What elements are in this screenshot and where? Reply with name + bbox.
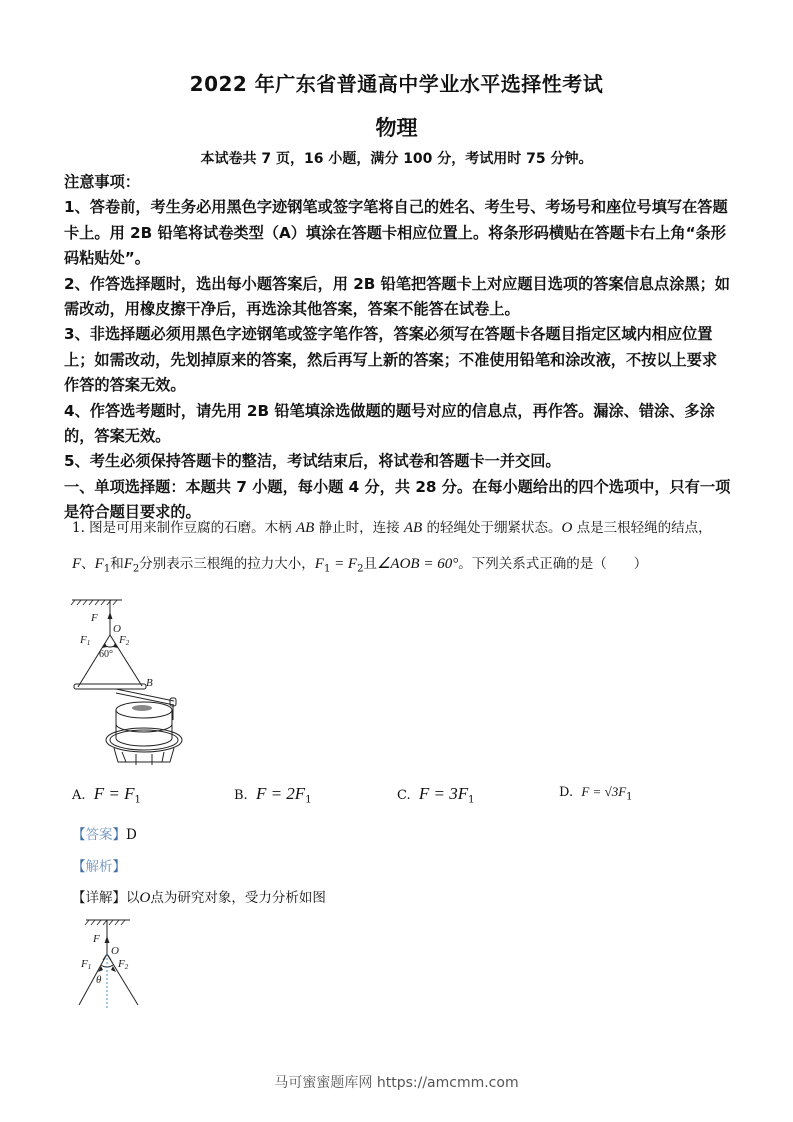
text: 静止时，连接: [314, 520, 404, 536]
instructions: 注意事项： 1、答卷前，考生务必用黑色字迹钢笔或签字笔将自己的姓名、考生号、考场…: [64, 170, 732, 526]
text: 的轻绳处于绷紧状态。: [422, 520, 561, 536]
var-f: F: [72, 556, 81, 572]
force-analysis-figure: F O F1 F2 θ: [66, 910, 166, 1010]
option-label: D.: [559, 785, 573, 800]
eq-f2: = F: [330, 556, 357, 572]
bracket-close: 】: [113, 890, 127, 906]
text: 和: [110, 556, 124, 572]
bracket-open: 【: [72, 859, 86, 875]
exam-info: 本试卷共 7 页，16 小题，满分 100 分，考试用时 75 分钟。: [0, 148, 793, 168]
text: 1. 图是可用来制作豆腐的石磨。木柄: [72, 520, 296, 536]
option-a[interactable]: A. F = F1: [72, 784, 141, 806]
svg-text:F1: F1: [80, 958, 91, 971]
var-f1: F: [95, 556, 104, 572]
var-o: O: [140, 890, 151, 906]
detail-tag: 详解: [86, 890, 113, 906]
text: 且: [363, 556, 377, 572]
instruction-item-1: 1、答卷前，考生务必用黑色字迹钢笔或签字笔将自己的姓名、考生号、考场号和座位号填…: [64, 195, 732, 271]
question-1-line-1: 1. 图是可用来制作豆腐的石磨。木柄 AB 静止时，连接 AB 的轻绳处于绷紧状…: [72, 518, 732, 538]
text: 。下列关系式正确的是（ ）: [458, 556, 647, 572]
exam-title: 2022 年广东省普通高中学业水平选择性考试: [0, 68, 793, 97]
bracket-close: 】: [113, 827, 127, 843]
text: 点是三根轻绳的结点，: [572, 520, 711, 536]
answer-tag: 答案: [86, 827, 113, 843]
instruction-item-4: 4、作答选考题时，请先用 2B 铅笔填涂选做题的题号对应的信息点，再作答。漏涂、…: [64, 399, 732, 450]
subscript: 1: [305, 795, 311, 806]
var-ab: AB: [404, 520, 422, 536]
svg-text:B: B: [146, 677, 153, 689]
stone-mill-figure: F O F1 F2 B 60°: [66, 590, 186, 770]
angle-expression: ∠AOB = 60°: [377, 556, 458, 572]
exam-page: 2022 年广东省普通高中学业水平选择性考试 物理 本试卷共 7 页，16 小题…: [0, 0, 793, 1122]
theta-label: θ: [96, 974, 102, 986]
answer-line: 【答案】D: [72, 823, 137, 843]
analysis-tag: 解析: [86, 859, 113, 875]
answer-value: D: [126, 827, 137, 843]
svg-text:60°: 60°: [99, 649, 113, 660]
option-expression: F = √3F: [581, 784, 626, 799]
question-1-line-2: F、F1和F2分别表示三根绳的拉力大小，F1 = F2且∠AOB = 60°。下…: [72, 554, 732, 580]
option-c[interactable]: C. F = 3F1: [397, 784, 475, 806]
instruction-item-2: 2、作答选择题时，选出每小题答案后，用 2B 铅笔把答题卡上对应题目选项的答案信…: [64, 272, 732, 323]
bracket-open: 【: [72, 827, 86, 843]
svg-text:F: F: [90, 612, 98, 624]
bracket-close: 】: [113, 859, 127, 875]
var-o: O: [562, 520, 573, 536]
option-d[interactable]: D. F = √3F1: [559, 784, 633, 803]
option-b[interactable]: B. F = 2F1: [234, 784, 312, 806]
svg-text:F: F: [92, 933, 100, 945]
footer-watermark: 马可蜜蜜题库网 https://amcmm.com: [0, 1072, 793, 1092]
var-f2: F: [124, 556, 133, 572]
instructions-heading: 注意事项：: [64, 170, 732, 195]
subscript: 1: [135, 795, 141, 806]
instruction-item-5: 5、考生必须保持答题卡的整洁，考试结束后，将试卷和答题卡一并交回。: [64, 449, 732, 474]
subscript: 1: [468, 795, 474, 806]
eq-f1: F: [315, 556, 324, 572]
svg-text:F2: F2: [117, 958, 129, 971]
text: 、: [81, 556, 95, 572]
svg-text:O: O: [111, 945, 119, 957]
var-ab: AB: [296, 520, 314, 536]
subject-title: 物理: [0, 112, 793, 142]
option-expression: F = 2F: [256, 784, 305, 803]
subscript: 1: [626, 792, 632, 803]
text: 以: [126, 890, 140, 906]
text: 分别表示三根绳的拉力大小，: [139, 556, 315, 572]
text: 点为研究对象，受力分析如图: [150, 890, 326, 906]
answer-options: A. F = F1 B. F = 2F1 C. F = 3F1 D. F = √…: [72, 784, 732, 814]
bracket-open: 【: [72, 890, 86, 906]
option-label: B.: [234, 788, 248, 803]
analysis-line: 【解析】: [72, 855, 126, 875]
option-expression: F = F: [94, 784, 135, 803]
instruction-item-3: 3、非选择题必须用黑色字迹钢笔或签字笔作答，答案必须写在答题卡各题目指定区域内相…: [64, 322, 732, 398]
detail-line: 【详解】以O点为研究对象，受力分析如图: [72, 886, 326, 907]
option-label: A.: [72, 788, 86, 803]
option-expression: F = 3F: [419, 784, 468, 803]
svg-text:F1: F1: [79, 634, 90, 647]
option-label: C.: [397, 788, 411, 803]
svg-text:F2: F2: [118, 634, 130, 647]
